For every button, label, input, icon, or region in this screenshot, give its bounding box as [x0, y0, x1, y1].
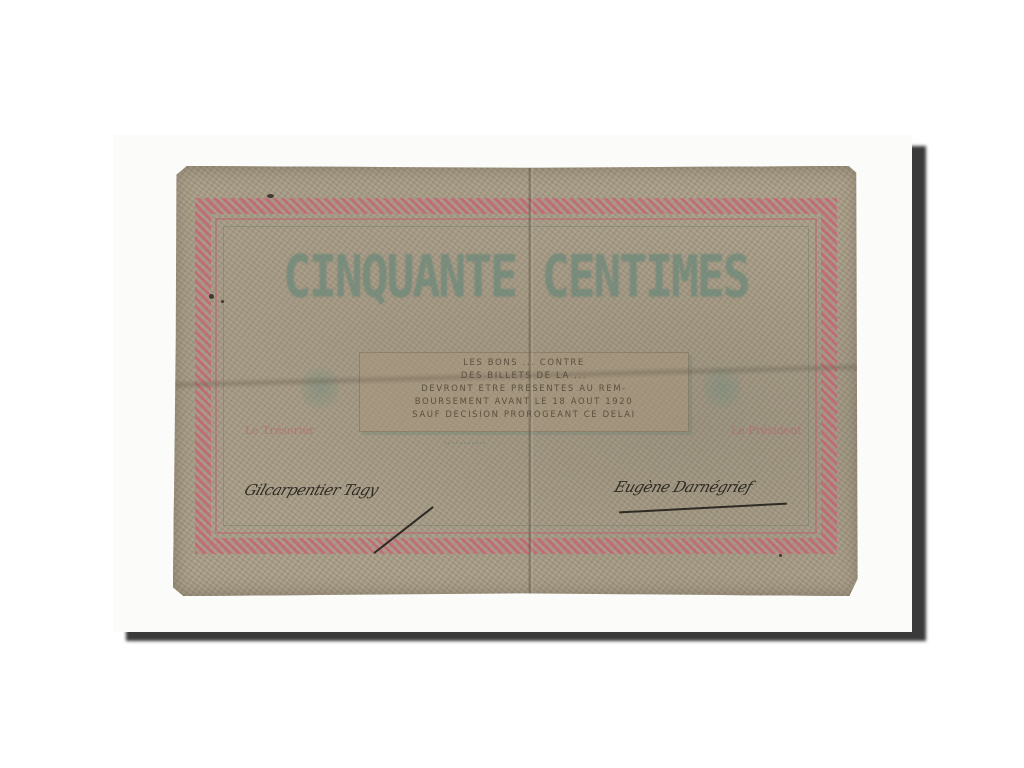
photo-stage: CINQUANTE CENTIMES LES BONS ... CONTRE D…: [0, 0, 1024, 768]
dirt-spot: [267, 194, 274, 198]
legal-line: BOURSEMENT AVANT LE 18 AOUT 1920: [360, 396, 688, 409]
denomination-text: CINQUANTE CENTIMES: [200, 244, 831, 311]
legal-text-panel: LES BONS ... CONTRE DES BILLETS DE LA ..…: [359, 352, 689, 432]
president-title: Le Président: [731, 424, 802, 437]
ornament-icon: [445, 432, 485, 444]
president-signature: Eugène Darnégrief: [612, 478, 754, 496]
legal-line: DEVRONT ETRE PRESENTES AU REM-: [360, 383, 688, 396]
left-rosette-icon: [301, 363, 339, 413]
dirt-spot: [221, 300, 224, 303]
dirt-spot: [209, 294, 214, 299]
banknote: CINQUANTE CENTIMES LES BONS ... CONTRE D…: [173, 166, 859, 596]
treasurer-signature: Gilcarpentier Tagy: [242, 481, 381, 499]
vertical-fold: [528, 166, 534, 596]
treasurer-title: Le Trésorier: [245, 424, 314, 437]
dirt-spot: [779, 554, 782, 557]
legal-line: SAUF DECISION PROROGEANT CE DELAI: [360, 409, 688, 422]
